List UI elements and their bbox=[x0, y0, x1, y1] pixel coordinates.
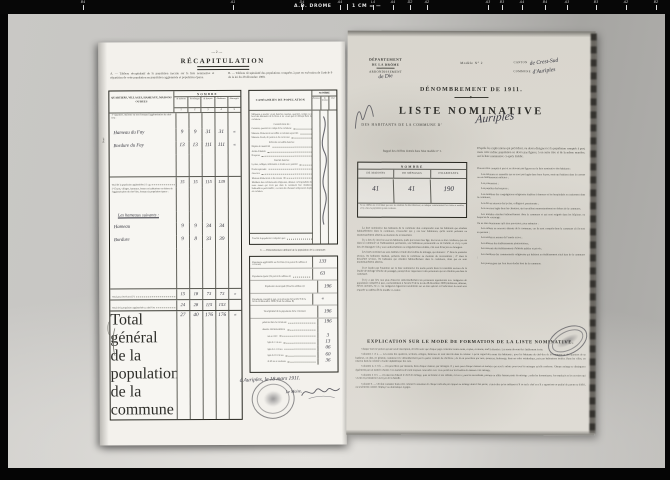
cell-habitants bbox=[215, 187, 228, 211]
handwritten-count-value: 41 bbox=[393, 178, 430, 203]
brace-decoration: ( bbox=[107, 321, 110, 338]
table-row: Bordure du Fay 13 13 111 111 « bbox=[110, 141, 241, 155]
form-model-label: Modèle N° 2 bbox=[442, 61, 502, 65]
scan-stage: B4A1D4A4L4A4D2A2A3B3A4B4A3B3A2B2 A.D. DR… bbox=[0, 0, 670, 480]
count-table-subcols: DE MAISONSDE MÉNAGESD'HABITANTS bbox=[358, 170, 466, 179]
title-flourish bbox=[454, 97, 488, 98]
cell-etrangers bbox=[228, 187, 241, 211]
ruler-tick-label: B3 bbox=[500, 0, 504, 4]
cell-habitants: 176 bbox=[215, 311, 229, 419]
category-row: Militaires et marins vivant dans les cas… bbox=[251, 113, 311, 122]
ruler-tick: A1 bbox=[233, 5, 234, 10]
canton-label: CANTON bbox=[514, 60, 528, 64]
counted-apart-items: Les militaires et assimilés qui ne sont … bbox=[477, 173, 585, 220]
cell-maisons: 15 bbox=[176, 289, 189, 299]
ruler-tick-label: A4 bbox=[520, 0, 524, 4]
table-row: Total général de la population de la com… bbox=[110, 310, 241, 420]
cell-etrangers bbox=[228, 248, 241, 288]
summary-value: 196 bbox=[317, 305, 337, 317]
category-row: Dépôts de mendicité bbox=[252, 146, 313, 149]
summary-label: Population municipale (Total du tableau … bbox=[250, 281, 317, 293]
cell-habitants bbox=[214, 113, 227, 128]
memo-items: Les enfants en nourrice absents de la co… bbox=[477, 227, 585, 265]
table-row: 1° Quartiers, maisons ou rues formant l'… bbox=[109, 113, 240, 129]
row-label: 2° Écarts, villages, hameaux, fermes et … bbox=[110, 187, 176, 211]
category-label: Ouvroirs bbox=[252, 173, 260, 176]
row-label: Total pour les écarts (2°) bbox=[110, 289, 176, 299]
cell-habitants bbox=[215, 211, 228, 222]
cell-habitants: 139 bbox=[215, 177, 228, 187]
counted-apart-item: Les militaires et assimilés qui ne sont … bbox=[477, 173, 585, 180]
cell-francais bbox=[201, 187, 214, 211]
cell-etrangers: « bbox=[227, 141, 240, 154]
table-b-subcol-label: de femmes bbox=[320, 97, 328, 110]
summary-row: Total général de la population de la com… bbox=[250, 305, 337, 318]
ruler-tick: B3 bbox=[502, 5, 503, 10]
ruler-tick: B4 bbox=[83, 5, 84, 10]
cell-maisons bbox=[176, 248, 189, 288]
category-label: Maisons d'éducation surveillée et coloni… bbox=[252, 133, 299, 136]
ruler-tick-label: B4 bbox=[81, 0, 85, 4]
category-label: Individus recueillis dans les : bbox=[269, 142, 295, 145]
summary-row: de 60 ans et au-dessus 36 bbox=[251, 358, 338, 365]
category-row: Casernés dans les : bbox=[251, 124, 312, 127]
summary-label: Population comptée à part, en exécution … bbox=[250, 294, 312, 305]
page-bottom-edge bbox=[346, 430, 594, 436]
ruler-tick: A2 bbox=[626, 5, 627, 10]
rappel-side-note: D'après les explications qui précèdent, … bbox=[477, 147, 585, 159]
cell-menages: 13 bbox=[188, 141, 201, 154]
cell-habitants: 39 bbox=[215, 235, 228, 248]
category-label: Dépôts de mendicité bbox=[252, 146, 271, 149]
instruction-paragraph: Il n'y a pas lieu non plus d'inscrire in… bbox=[357, 278, 467, 292]
dont-label: Dont : bbox=[102, 137, 105, 143]
table-a-col-number: 2 bbox=[188, 108, 201, 112]
cell-etrangers bbox=[228, 222, 241, 235]
cell-maisons: 15 bbox=[175, 177, 188, 187]
table-b-total-row: Total de la population comptée à part bbox=[250, 233, 313, 244]
cell-etrangers bbox=[228, 235, 241, 248]
instructions-right-column: Doivent être comptés à part et ne doiven… bbox=[477, 167, 585, 268]
table-row bbox=[110, 248, 241, 289]
instruction-paragraph: La liste nominative des habitants de la … bbox=[357, 227, 467, 237]
cell-menages: 9 bbox=[188, 128, 201, 141]
table-row: 2° Écarts, villages, hameaux, fermes et … bbox=[110, 187, 241, 212]
brace-decoration: ( bbox=[112, 325, 116, 361]
ruler-tick-label: A4 bbox=[391, 0, 395, 4]
table-row: Les hameaux suivants : bbox=[110, 211, 241, 223]
summary-value: 133 bbox=[312, 257, 332, 268]
cell-habitants bbox=[214, 154, 227, 176]
cell-francais: 115 bbox=[201, 177, 214, 187]
table-a-col-header: QUARTIERS, VILLAGES, HAMEAUX, MAISONS OU… bbox=[109, 91, 173, 112]
row-label: Total de la population agglomérée au che… bbox=[110, 300, 176, 310]
memo-item: Les détenus des établissements pénitenti… bbox=[477, 242, 585, 246]
ruler-divider bbox=[347, 4, 348, 10]
counted-apart-item: Les ouvriers logés dans les chantiers, q… bbox=[477, 207, 585, 211]
table-a-subcol-label: d'étrangers bbox=[227, 97, 240, 107]
handwritten-canton: de Crest-Sud bbox=[529, 58, 558, 67]
cell-etrangers bbox=[227, 113, 240, 128]
category-label: Hospices bbox=[252, 155, 260, 158]
row-label: 1° Quartiers, maisons ou rues formant l'… bbox=[109, 113, 175, 128]
cell-menages bbox=[188, 211, 201, 222]
table-row: Total pour les écarts (2°) 15 18 73 73 « bbox=[110, 288, 241, 300]
divider-rule bbox=[377, 67, 395, 68]
ruler-tick-label: A3 bbox=[486, 0, 490, 4]
cell-maisons: 13 bbox=[175, 141, 188, 154]
cell-francais bbox=[201, 154, 214, 176]
table-a-subcol-label: d'habitants bbox=[214, 97, 227, 107]
count-table-note: Si ces chiffres ne concordent pas avec l… bbox=[358, 203, 466, 217]
table-b-rows: Militaires et marins vivant dans les cas… bbox=[249, 111, 313, 233]
row-label: Total général de la population de la com… bbox=[110, 311, 176, 419]
table-c-denombrement-definitif: Population agglomérée au chef-lieu (1re … bbox=[249, 255, 339, 372]
table-a-col-number: 3 bbox=[201, 108, 214, 112]
memo-intro: On ne doit mentionner qu'à titre proviso… bbox=[477, 222, 585, 226]
handwritten-commune-script: Auriples bbox=[475, 110, 515, 126]
section-c-title: C. — Dénombrement définitif de la popula… bbox=[247, 248, 339, 251]
table-c-rows: Population agglomérée au chef-lieu (1re … bbox=[250, 257, 337, 365]
row-label: Bordure bbox=[110, 235, 176, 250]
cell-habitants: 34 bbox=[215, 222, 228, 235]
table-a-subcols: de maisonsde ménagesde françaisd'habitan… bbox=[174, 97, 240, 107]
table-row: Hameau 9 9 34 34 bbox=[110, 222, 241, 236]
ruler-tick-label: A3 bbox=[565, 0, 569, 4]
table-b-subcol-label: d'hommes bbox=[312, 97, 320, 110]
table-a-population: QUARTIERS, VILLAGES, HAMEAUX, MAISONS OU… bbox=[108, 90, 242, 421]
cell-habitants: 73 bbox=[215, 289, 228, 299]
census-title: DÉNOMBREMENT DE 1911. bbox=[347, 87, 595, 94]
calibration-ruler: B4A1D4A4L4A4D2A2A3B3A4B4A3B3A2B2 A.D. DR… bbox=[0, 0, 670, 14]
row-label: Total de la population agglomérée (1°) bbox=[110, 177, 176, 187]
summary-label: Total général de la population de la com… bbox=[250, 306, 317, 318]
counted-apart-item: Les membres des congrégations religieuse… bbox=[477, 193, 585, 200]
category-row: Écoles spéciales bbox=[252, 168, 313, 171]
table-b-categories-label: CATÉGORIES DE POPULATION bbox=[249, 91, 311, 110]
cell-menages bbox=[189, 248, 202, 288]
page-number: — 2 — bbox=[98, 50, 335, 55]
summary-row: Population municipale (Total du tableau … bbox=[250, 281, 337, 294]
ruler-scale-label: 1 CM = — bbox=[352, 4, 381, 9]
summary-row: Population éparse (2e partie du tableau … bbox=[250, 269, 337, 281]
cell-maisons bbox=[175, 187, 188, 211]
table-a-subcol-label: de français bbox=[201, 97, 214, 107]
table-row: Total de la population agglomérée au che… bbox=[110, 299, 241, 311]
cell-etrangers: « bbox=[228, 289, 241, 299]
rappel-caption: Rappel des chiffres donnés dans l'état m… bbox=[357, 149, 467, 153]
counted-apart-item: Les pupilles des hospices ; bbox=[477, 187, 585, 191]
category-row: Individus recueillis dans les : bbox=[252, 141, 313, 144]
department-name: DE LA DRÔME bbox=[354, 62, 418, 66]
instruction-paragraph: Il ne faudra pas énumérer sur la liste n… bbox=[357, 266, 467, 276]
category-label: Internés dans les : bbox=[274, 159, 290, 162]
category-row: Membres des communautés religieuses, dét… bbox=[252, 182, 312, 194]
cell-etrangers bbox=[228, 177, 241, 187]
summary-value: « bbox=[312, 294, 332, 305]
counted-apart-intro: Doivent être comptés à part et ne doiven… bbox=[477, 167, 585, 171]
handwritten-w-flourish bbox=[352, 103, 376, 133]
table-row: Total de la population agglomérée (1°) 1… bbox=[110, 176, 241, 188]
category-label: Casernés dans les : bbox=[273, 124, 290, 127]
ruler-tick: D2 bbox=[410, 5, 411, 10]
table-a-col-number: 1 bbox=[174, 108, 187, 112]
cell-etrangers bbox=[228, 211, 241, 222]
explication-paragraph: Colonne 6. — On doit constater dans cett… bbox=[355, 382, 585, 389]
summary-value: 36 bbox=[318, 358, 338, 364]
table-row: Hameau du Fay 9 9 31 31 « bbox=[109, 128, 240, 142]
cell-menages: 9 bbox=[189, 222, 202, 235]
category-label: Asiles d'aliénés bbox=[252, 151, 266, 154]
row-label bbox=[110, 154, 176, 176]
cell-etrangers bbox=[228, 154, 241, 176]
summary-value: 196 bbox=[317, 281, 337, 293]
category-label: Maisons d'arrêt, de justice et de correc… bbox=[252, 137, 290, 140]
category-label: Maisons d'éducation et de retraite bbox=[252, 177, 282, 180]
cell-menages bbox=[188, 187, 201, 211]
count-table-subcol-label: DE MAISONS bbox=[358, 170, 393, 178]
cell-maisons bbox=[175, 211, 188, 222]
category-row: Maisons d'éducation surveillée et coloni… bbox=[252, 132, 313, 135]
cell-maisons bbox=[175, 154, 188, 176]
table-a-colnums: 12345 bbox=[174, 107, 240, 112]
instruction-paragraph: Les listes nominatives sont établies à l… bbox=[357, 251, 467, 265]
cell-menages: 40 bbox=[189, 311, 203, 419]
cell-menages bbox=[188, 154, 201, 176]
cell-francais: 176 bbox=[202, 311, 216, 419]
explication-paragraph: Colonnes 2, 3 et b. — On procédera par m… bbox=[356, 365, 586, 372]
cell-maisons bbox=[175, 113, 188, 128]
summary-row: Population agglomérée au chef-lieu (1re … bbox=[250, 257, 337, 269]
table-a-subcol-label: de maisons bbox=[174, 97, 187, 107]
ruler-tick-label: A1 bbox=[231, 0, 235, 4]
cell-habitants: 153 bbox=[215, 300, 228, 310]
liste-nominative-title: LISTE NOMINATIVE bbox=[347, 106, 595, 118]
ruler-tick-label: A2 bbox=[624, 0, 628, 4]
category-label: Casernes, quartiers et camps de la commu… bbox=[251, 128, 291, 131]
table-a-number-header: NOMBRE de maisonsde ménagesde françaisd'… bbox=[173, 91, 240, 112]
cell-maisons: 24 bbox=[176, 300, 189, 310]
ruler-tick-label: A2 bbox=[425, 0, 429, 4]
table-b-number-header: NOMBRE d'hommesde femmestotal bbox=[311, 91, 336, 110]
cell-menages bbox=[188, 113, 201, 128]
cell-francais: 31 bbox=[201, 128, 214, 141]
ruler-tick: A4 bbox=[393, 5, 394, 10]
cell-maisons: 9 bbox=[175, 128, 188, 141]
ruler-tick: A3 bbox=[567, 5, 568, 10]
explication-paragraph: Colonnes 1 et a. — Les noms des quartier… bbox=[356, 353, 586, 364]
cell-francais: 73 bbox=[202, 289, 215, 299]
cell-francais bbox=[202, 211, 215, 222]
counted-apart-item: Les prisonniers ; bbox=[477, 182, 585, 186]
department-label: DÉPARTEMENT bbox=[354, 58, 418, 62]
instructions-left-column: La liste nominative des habitants de la … bbox=[357, 227, 467, 294]
table-row: Bordure 9 8 33 39 bbox=[110, 235, 241, 249]
row-label: Bordure du Fay bbox=[109, 141, 175, 156]
handwritten-count-value: 190 bbox=[429, 178, 466, 203]
table-a-col-number: 5 bbox=[227, 108, 240, 112]
cell-habitants: 111 bbox=[214, 141, 227, 154]
handwritten-commune: d'Auriples bbox=[532, 66, 556, 75]
explication-paragraph: Colonnes 4 et 5. — On inscrira d'abord l… bbox=[355, 374, 585, 381]
ruler-tick: A4 bbox=[522, 5, 523, 10]
cell-francais: 34 bbox=[202, 222, 215, 235]
ruler-tick-label: A4 bbox=[338, 0, 342, 4]
ruler-agency-label: A.D. DROME bbox=[294, 4, 332, 9]
count-table-subcol-label: DE MÉNAGES bbox=[394, 170, 430, 178]
counted-apart-item: Les élèves internes des lycées, collèges… bbox=[477, 202, 585, 206]
category-row: Asiles d'aliénés bbox=[252, 150, 313, 153]
table-a-rows: 1° Quartiers, maisons ou rues formant l'… bbox=[109, 113, 241, 420]
ruler-tick-label: B3 bbox=[594, 0, 598, 4]
ruler-tick: B2 bbox=[656, 5, 657, 10]
cell-menages: 15 bbox=[188, 177, 201, 187]
table-a-header: QUARTIERS, VILLAGES, HAMEAUX, MAISONS OU… bbox=[109, 91, 240, 114]
ruler-tick: A3 bbox=[488, 5, 489, 10]
ruler-tick: B4 bbox=[545, 5, 546, 10]
cell-maisons: 9 bbox=[175, 235, 188, 248]
ruler-tick-label: D2 bbox=[408, 0, 413, 4]
cell-francais bbox=[201, 113, 214, 128]
counted-apart-item: Les malades résidant habituellement dans… bbox=[477, 213, 585, 220]
table-b-subcols: d'hommesde femmestotal bbox=[312, 97, 336, 110]
category-label: Membres des communautés religieuses, dét… bbox=[252, 182, 312, 193]
row-label bbox=[110, 248, 176, 288]
memo-item: Les jeunes gens qui font leurs études ho… bbox=[477, 262, 585, 266]
cell-menages: 28 bbox=[189, 300, 202, 310]
cell-etrangers bbox=[228, 300, 241, 310]
ruler-tick-label: B4 bbox=[543, 0, 547, 4]
cell-habitants: 31 bbox=[214, 128, 227, 141]
table-b-body: Militaires et marins vivant dans les cas… bbox=[249, 111, 337, 244]
handwritten-brace bbox=[313, 115, 333, 227]
category-label: Écoles spéciales bbox=[252, 168, 267, 171]
cell-maisons: 27 bbox=[176, 311, 190, 419]
intro-paragraph-b: B. — Tableau récapitulatif des populatio… bbox=[228, 72, 332, 80]
memo-item: Les membres des communautés religieuses … bbox=[477, 253, 585, 260]
category-row: Ouvroirs bbox=[252, 173, 313, 176]
category-row: Casernes, quartiers et camps de la commu… bbox=[251, 128, 312, 131]
table-row bbox=[110, 154, 241, 177]
category-label: Lycées, collèges, séminaires et écoles a… bbox=[252, 164, 298, 167]
memo-item: Les enfants en nourrice absents de la co… bbox=[477, 227, 585, 234]
cell-francais: 33 bbox=[202, 235, 215, 248]
table-b-comptee-a-part: CATÉGORIES DE POPULATION NOMBRE d'hommes… bbox=[248, 89, 338, 244]
summary-label: Population éparse (2e partie du tableau … bbox=[250, 269, 312, 280]
ruler-tick: A2 bbox=[427, 5, 428, 10]
table-b-subcol-label: total bbox=[328, 97, 336, 110]
table-b-header: CATÉGORIES DE POPULATION NOMBRE d'hommes… bbox=[249, 91, 336, 111]
memo-item: Les internés des établissements d'aliéné… bbox=[477, 247, 585, 251]
cell-etrangers: « bbox=[227, 128, 240, 141]
category-row: Maisons d'éducation et de retraite bbox=[252, 177, 313, 180]
table-a-subcol-label: de ménages bbox=[188, 97, 201, 107]
handwritten-count-value: 41 bbox=[358, 178, 394, 203]
department-block: DÉPARTEMENT DE LA DRÔME ARRONDISSEMENT d… bbox=[354, 58, 418, 81]
cell-etrangers: « bbox=[228, 311, 242, 419]
category-row: Lycées, collèges, séminaires et écoles a… bbox=[252, 164, 313, 167]
ruler-tick: A4 bbox=[340, 5, 341, 10]
category-row: Hospices bbox=[252, 155, 313, 158]
cell-francais bbox=[202, 248, 215, 288]
table-a-col-number: 4 bbox=[214, 108, 227, 112]
cell-menages: 8 bbox=[189, 235, 202, 248]
summary-label: Population agglomérée au chef-lieu (1re … bbox=[250, 257, 312, 268]
cell-francais: 111 bbox=[201, 141, 214, 154]
ruler-tick-label: B2 bbox=[654, 0, 658, 4]
count-table-subcol-label: D'HABITANTS bbox=[430, 170, 466, 178]
cell-habitants bbox=[215, 248, 228, 288]
ruler-tick: B3 bbox=[596, 5, 597, 10]
category-row: Internés dans les : bbox=[252, 159, 313, 162]
count-table-values: 4141190 bbox=[358, 179, 466, 203]
count-table: NOMBRE DE MAISONSDE MÉNAGESD'HABITANTS 4… bbox=[357, 162, 467, 218]
recapitulation-title: RÉCAPITULATION bbox=[108, 57, 337, 70]
instruction-paragraph: Il y a lieu d'y inscrire tous les habita… bbox=[357, 239, 467, 249]
summary-value: 63 bbox=[312, 269, 332, 280]
mayor-signature bbox=[301, 382, 341, 402]
cell-menages: 18 bbox=[189, 289, 202, 299]
canton-block: CANTON de Crest-Sud COMMUNE d'Auriples bbox=[514, 59, 588, 76]
commune-label: COMMUNE bbox=[514, 69, 531, 73]
category-row: Maisons d'arrêt, de justice et de correc… bbox=[252, 137, 313, 140]
memo-item: Les soldats et marins de l'armée active … bbox=[477, 236, 585, 240]
right-page: DÉPARTEMENT DE LA DRÔME ARRONDISSEMENT d… bbox=[346, 31, 595, 436]
intro-paragraph-a: A. — Tableau récapitulatif de la populat… bbox=[110, 72, 214, 80]
category-label: Militaires et marins vivant dans les cas… bbox=[251, 113, 311, 121]
summary-label: de 60 ans et au-dessus bbox=[251, 358, 318, 365]
cell-maisons: 9 bbox=[175, 222, 188, 235]
summary-row: Population comptée à part, en exécution … bbox=[250, 293, 337, 305]
cell-francais: 115 bbox=[202, 300, 215, 310]
left-page: — 2 — RÉCAPITULATION A. — Tableau récapi… bbox=[98, 41, 347, 445]
